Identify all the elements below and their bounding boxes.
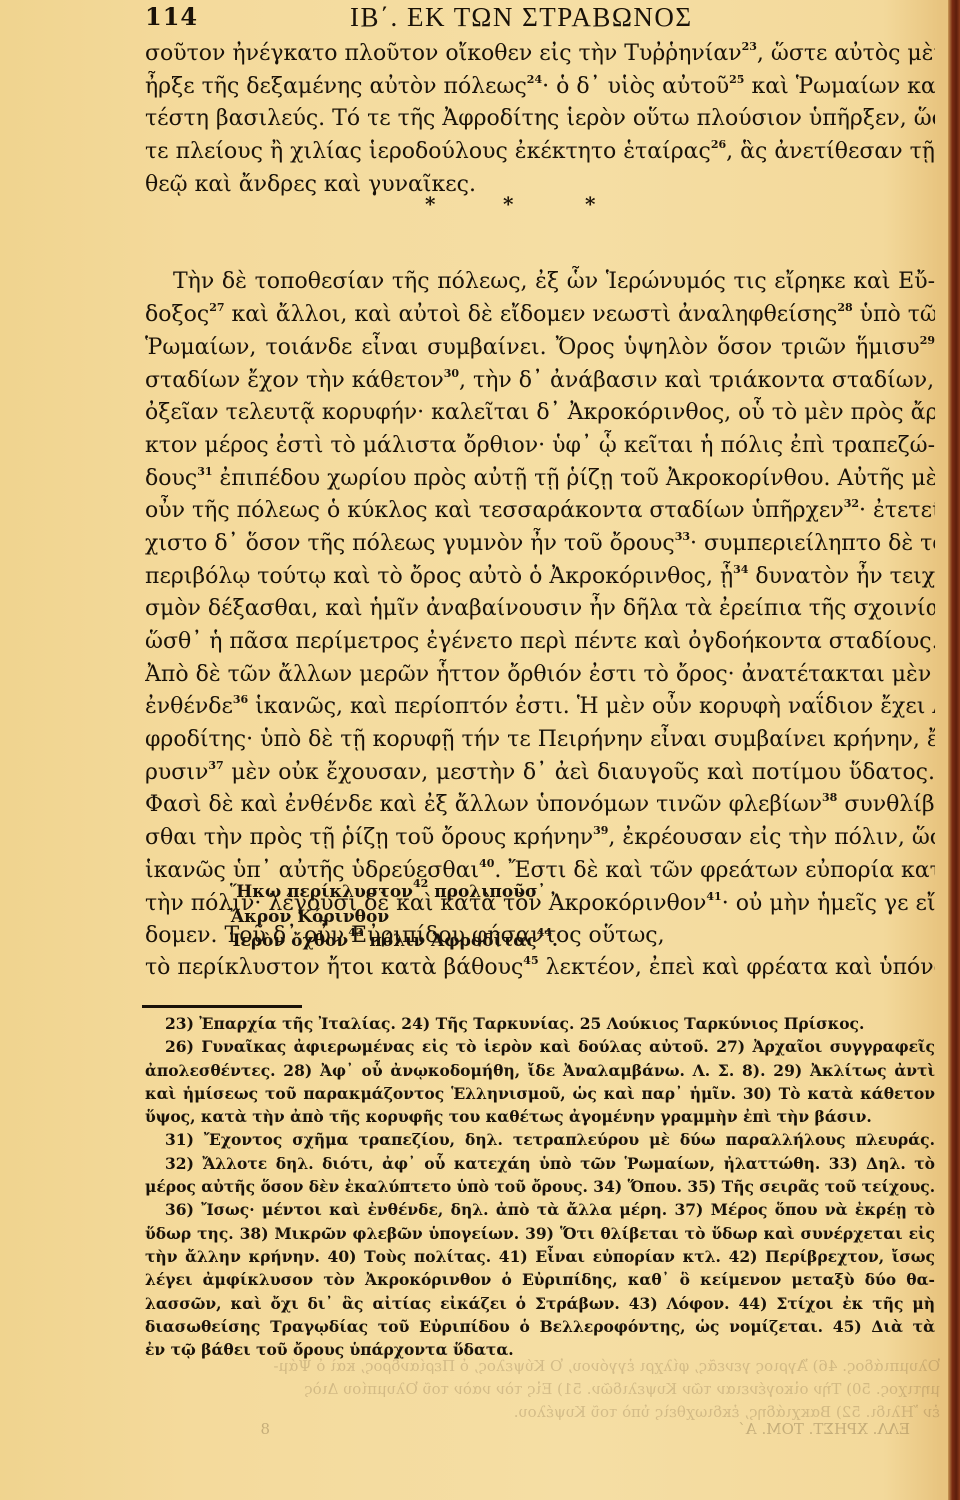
- text-span: λασσῶν, καὶ ὄχι δι᾽ ἃς αἰτίας εἰκάζει ὁ …: [145, 1294, 935, 1313]
- footnote-ref: 31: [197, 465, 212, 478]
- signature-mark: 8: [260, 1420, 270, 1438]
- text-span: σμὸν δέξασθαι, καὶ ἡμῖν ἀναβαίνουσιν ἦν …: [145, 596, 935, 621]
- text-line: θεῷ καὶ ἄνδρες καὶ γυναῖκες.: [145, 169, 935, 202]
- text-line: ὀξεῖαν τελευτᾷ κορυφήν· καλεῖται δ᾽ Ἀκρο…: [145, 397, 935, 430]
- text-span: καὶ ἄλλοι, καὶ αὐτοὶ δὲ εἴδομεν νεωστὶ ἀ…: [225, 302, 838, 327]
- text-line: περιβόλῳ τούτῳ καὶ τὸ ὄρος αὐτὸ ὁ Ἀκροκό…: [145, 561, 935, 594]
- book-spine-edge: [948, 0, 960, 1500]
- text-span: ὑπὸ τῶν: [853, 302, 935, 327]
- bleed-through-text: Ὀλυμπιάδος. 46) Ἄγριος γενεᾶς, φίλχρι ἐγ…: [150, 1355, 940, 1424]
- text-line: δους31 ἐπιπέδου χωρίου πρὸς αὐτῇ τῇ ῥίζῃ…: [145, 463, 935, 496]
- footnote-ref: 39: [593, 824, 608, 837]
- text-span: Φασὶ δὲ καὶ ἐνθένδε καὶ ἐξ ἄλλων ὑπονόμω…: [145, 792, 822, 817]
- bleed-line: μητιχος. 50) Τὴν οἰκογένειαν τῶν Κυψελιδ…: [150, 1378, 940, 1401]
- main-text: σοῦτον ἠνέγκατο πλοῦτον οἴκοθεν εἰς τὴν …: [145, 38, 935, 953]
- footnote-ref: 42: [413, 877, 428, 890]
- text-line: οὖν τῆς πόλεως ὁ κύκλος καὶ τεσσαράκοντα…: [145, 495, 935, 528]
- text-span: ὥσθ᾽ ἡ πᾶσα περίμετρος ἐγένετο περὶ πέντ…: [145, 629, 935, 654]
- text-line: 32) Ἄλλοτε δηλ. διότι, ἀφ᾽ οὗ κατεχάη ὑπ…: [145, 1152, 935, 1175]
- text-span: σοῦτον ἠνέγκατο πλοῦτον οἴκοθεν εἰς τὴν …: [145, 41, 742, 66]
- text-span: καὶ Ῥωμαίων κα-: [744, 74, 935, 99]
- text-line: φροδίτης· ὑπὸ δὲ τῇ κορυφῇ τήν τε Πειρήν…: [145, 724, 935, 757]
- text-span: τέστη βασιλεύς. Τό τε τῆς Ἀφροδίτης ἱερὸ…: [145, 106, 935, 131]
- footnote-ref: 28: [837, 301, 852, 314]
- separator-space: [145, 201, 935, 266]
- footnote-ref: 34: [733, 563, 748, 576]
- text-line: Ἄκρον Κόρινθον: [230, 905, 558, 930]
- text-span: .: [552, 931, 558, 951]
- text-line: σταδίων ἔχον τὴν κάθετον30, τὴν δ᾽ ἀνάβα…: [145, 365, 935, 398]
- text-span: , ἐκρέουσαν εἰς τὴν πόλιν, ὥσθ᾽: [608, 825, 935, 850]
- text-line: 31) Ἔχοντος σχῆμα τραπεζίου, δηλ. τετραπ…: [145, 1128, 935, 1151]
- text-span: . Ἔστι δὲ καὶ τῶν φρεάτων εὐπορία κατὰ: [494, 858, 935, 883]
- text-line: 36) Ἴσως· μέντοι καὶ ἐνθένδε, δηλ. ἀπὸ τ…: [145, 1198, 935, 1221]
- text-span: τὸ περίκλυστον ἤτοι κατὰ βάθους: [145, 955, 523, 980]
- text-span: τὴν ἄλλην κρήνην. 40) Τοὺς πολίτας. 41) …: [145, 1247, 935, 1266]
- footnote-ref: 37: [208, 759, 223, 772]
- text-line: δοξος27 καὶ ἄλλοι, καὶ αὐτοὶ δὲ εἴδομεν …: [145, 299, 935, 332]
- text-span: , τὴν δ᾽ ἀνάβασιν καὶ τριάκοντα σταδίων,…: [459, 368, 935, 393]
- text-line: κτον μέρος ἐστὶ τὸ μάλιστα ὄρθιον· ὑφ᾽ ᾧ…: [145, 430, 935, 463]
- text-span: φροδίτης· ὑπὸ δὲ τῇ κορυφῇ τήν τε Πειρήν…: [145, 727, 935, 752]
- text-span: 23) Ἐπαρχία τῆς Ἰταλίας. 24) Τῆς Ταρκυνί…: [165, 1014, 864, 1033]
- text-line: χιστο δ᾽ ὅσον τῆς πόλεως γυμνὸν ἦν τοῦ ὄ…: [145, 528, 935, 561]
- text-span: μέρος αὐτῆς ὅσον δὲν ἐκαλύπτετο ὑπὸ τοῦ …: [145, 1177, 935, 1196]
- text-line: ὥσθ᾽ ἡ πᾶσα περίμετρος ἐγένετο περὶ πέντ…: [145, 626, 935, 659]
- text-span: ἀπολεσθέντες. 28) Ἀφ᾽ οὗ ἀνῳκοδομήθη, ἴδ…: [145, 1061, 935, 1080]
- footnote-ref: 45: [523, 954, 538, 967]
- text-line: σμὸν δέξασθαι, καὶ ἡμῖν ἀναβαίνουσιν ἦν …: [145, 593, 935, 626]
- text-line: τέστη βασιλεύς. Τό τε τῆς Ἀφροδίτης ἱερὸ…: [145, 103, 935, 136]
- text-line: σοῦτον ἠνέγκατο πλοῦτον οἴκοθεν εἰς τὴν …: [145, 38, 935, 71]
- text-line: λασσῶν, καὶ ὄχι δι᾽ ἃς αἰτίας εἰκάζει ὁ …: [145, 1292, 935, 1315]
- text-line: τε πλείους ἢ χιλίας ἱεροδούλους ἐκέκτητο…: [145, 136, 935, 169]
- footnote-ref: 38: [822, 791, 837, 804]
- text-span: λέγει ἀμφίκλυσον τὸν Ἀκροκόρινθον ὁ Εὐρι…: [145, 1270, 935, 1289]
- bleed-line: Ὀλυμπιάδος. 46) Ἄγριος γενεᾶς, φίλχρι ἐγ…: [150, 1355, 940, 1378]
- text-span: · οὐ μὴν ἡμεῖς γε εἴ-: [722, 891, 935, 916]
- footnote-ref: 26: [711, 138, 726, 151]
- text-line: Ἥκω περίκλυστον42 προλιποῦσ᾽: [230, 880, 558, 905]
- text-line: σθαι τὴν πρὸς τῇ ῥίζῃ τοῦ ὄρους κρήνην39…: [145, 822, 935, 855]
- text-span: δοξος: [145, 302, 209, 327]
- footnote-ref: 23: [742, 40, 757, 53]
- paragraph-1: σοῦτον ἠνέγκατο πλοῦτον οἴκοθεν εἰς τὴν …: [145, 38, 935, 201]
- text-line: Τὴν δὲ τοποθεσίαν τῆς πόλεως, ἐξ ὧν Ἱερώ…: [145, 266, 935, 299]
- footnote-ref: 40: [479, 857, 494, 870]
- text-span: ὕψος, κατὰ τὴν ἀπὸ τῆς κορυφῆς του καθέτ…: [145, 1107, 872, 1126]
- text-line: καὶ ἡμίσεως τοῦ παρακμάζοντος Ἑλληνισμοῦ…: [145, 1082, 935, 1105]
- text-span: ὕδωρ της. 38) Μικρῶν φλεβῶν ὑπογείων. 39…: [145, 1224, 935, 1243]
- text-line: λέγει ἀμφίκλυσον τὸν Ἀκροκόρινθον ὁ Εὐρι…: [145, 1268, 935, 1291]
- text-span: ρυσιν: [145, 760, 208, 785]
- text-span: μὲν οὐκ ἔχουσαν, μεστὴν δ᾽ ἀεὶ διαυγοῦς …: [224, 760, 935, 785]
- text-span: 26) Γυναῖκας ἀφιερωμένας εἰς τὸ ἱερὸν κα…: [165, 1037, 935, 1056]
- text-line: διασωθείσης Τραγῳδίας τοῦ Εὐριπίδου ὁ Βε…: [145, 1315, 935, 1338]
- asterisk: *: [425, 192, 435, 216]
- text-line: 26) Γυναῖκας ἀφιερωμένας εἰς τὸ ἱερὸν κα…: [145, 1035, 935, 1058]
- text-span: προλιποῦσ᾽: [428, 882, 546, 902]
- asterisk: *: [585, 192, 595, 216]
- text-line: ρυσιν37 μὲν οὐκ ἔχουσαν, μεστὴν δ᾽ ἀεὶ δ…: [145, 757, 935, 790]
- text-line: Ἱερὸν ὄχθον43 πόλιν Ἀφροδίτας44.: [230, 929, 558, 954]
- text-span: 31) Ἔχοντος σχῆμα τραπεζίου, δηλ. τετραπ…: [165, 1130, 935, 1149]
- text-line: Φασὶ δὲ καὶ ἐνθένδε καὶ ἐξ ἄλλων ὑπονόμω…: [145, 789, 935, 822]
- text-line: τὸ περίκλυστον ἤτοι κατὰ βάθους45 λεκτέο…: [145, 952, 935, 985]
- text-span: · ὁ δ᾽ υἱὸς αὐτοῦ: [542, 74, 729, 99]
- footnote-ref: 27: [209, 301, 224, 314]
- text-span: σταδίων ἔχον τὴν κάθετον: [145, 368, 444, 393]
- text-span: χιστο δ᾽ ὅσον τῆς πόλεως γυμνὸν ἦν τοῦ ὄ…: [145, 531, 675, 556]
- text-span: · ἐτετεί-: [859, 498, 935, 523]
- text-span: ὀξεῖαν τελευτᾷ κορυφήν· καλεῖται δ᾽ Ἀκρο…: [145, 400, 935, 425]
- text-span: δους: [145, 466, 197, 491]
- text-span: συνθλίβε-: [837, 792, 935, 817]
- text-span: οὖν τῆς πόλεως ὁ κύκλος καὶ τεσσαράκοντα…: [145, 498, 844, 523]
- footnote-ref: 32: [844, 497, 859, 510]
- text-line: ἐνθένδε36 ἱκανῶς, καὶ περίοπτόν ἐστι. Ἡ …: [145, 691, 935, 724]
- text-span: · συμπεριείληπτο δὲ τῷ: [690, 531, 935, 556]
- signature-text: ΕΛΛ. ΧΡΗΣΤ. ΤΟΜ. Α΄: [738, 1420, 910, 1438]
- text-span: ἱκανῶς, καὶ περίοπτόν ἐστι. Ἡ μὲν οὖν κο…: [248, 694, 935, 719]
- text-span: τε πλείους ἢ χιλίας ἱεροδούλους ἐκέκτητο…: [145, 139, 711, 164]
- footnote-ref: 36: [233, 693, 248, 706]
- text-span: Τὴν δὲ τοποθεσίαν τῆς πόλεως, ἐξ ὧν Ἱερώ…: [173, 269, 935, 294]
- footnote-ref: 24: [527, 73, 542, 86]
- text-span: ἦρξε τῆς δεξαμένης αὐτὸν πόλεως: [145, 74, 527, 99]
- footnote-ref: 30: [444, 367, 459, 380]
- text-span: καὶ ἡμίσεως τοῦ παρακμάζοντος Ἑλληνισμοῦ…: [145, 1084, 935, 1103]
- text-line: μέρος αὐτῆς ὅσον δὲν ἐκαλύπτετο ὑπὸ τοῦ …: [145, 1175, 935, 1198]
- paragraph-2: Τὴν δὲ τοποθεσίαν τῆς πόλεως, ἐξ ὧν Ἱερώ…: [145, 266, 935, 952]
- footnotes: 23) Ἐπαρχία τῆς Ἰταλίας. 24) Τῆς Ταρκυνί…: [145, 1012, 935, 1361]
- footnote-ref: 44: [537, 926, 552, 939]
- text-span: λεκτέον, ἐπεὶ καὶ φρέατα καὶ ὑπόνο-: [539, 955, 935, 980]
- verse-quotation: Ἥκω περίκλυστον42 προλιποῦσ᾽Ἄκρον Κόρινθ…: [230, 880, 558, 954]
- running-header: 114 ΙΒ΄. ΕΚ ΤΩΝ ΣΤΡΑΒΩΝΟΣ: [145, 2, 935, 34]
- text-span: περιβόλῳ τούτῳ καὶ τὸ ὄρος αὐτὸ ὁ Ἀκροκό…: [145, 564, 733, 589]
- text-span: Ἀπὸ δὲ τῶν ἄλλων μερῶν ἧττον ὄρθιόν ἐστι…: [145, 662, 935, 687]
- text-span: 36) Ἴσως· μέντοι καὶ ἐνθένδε, δηλ. ἀπὸ τ…: [165, 1200, 935, 1219]
- footnote-ref: 25: [729, 73, 744, 86]
- text-line: τὴν ἄλλην κρήνην. 40) Τοὺς πολίτας. 41) …: [145, 1245, 935, 1268]
- page-number: 114: [145, 2, 198, 31]
- text-span: Ἄκρον Κόρινθον: [230, 907, 389, 927]
- text-span: Ῥωμαίων, τοιάνδε εἶναι συμβαίνει. Ὄρος ὑ…: [145, 335, 920, 360]
- text-line: ἦρξε τῆς δεξαμένης αὐτὸν πόλεως24· ὁ δ᾽ …: [145, 71, 935, 104]
- paragraph-continuation: τὸ περίκλυστον ἤτοι κατὰ βάθους45 λεκτέο…: [145, 952, 935, 985]
- text-span: Ἥκω περίκλυστον: [230, 882, 413, 902]
- footnote-ref: 43: [348, 926, 363, 939]
- text-line: ὕδωρ της. 38) Μικρῶν φλεβῶν ὑπογείων. 39…: [145, 1222, 935, 1245]
- text-line: 23) Ἐπαρχία τῆς Ἰταλίας. 24) Τῆς Ταρκυνί…: [145, 1012, 935, 1035]
- text-span: , ὥστε αὐτὸς μὲν: [757, 41, 935, 66]
- text-span: σθαι τὴν πρὸς τῇ ῥίζῃ τοῦ ὄρους κρήνην: [145, 825, 593, 850]
- footnote-ref: 41: [706, 890, 721, 903]
- text-span: δυνατὸν ἦν τειχι-: [748, 564, 935, 589]
- text-span: ἐνθένδε: [145, 694, 233, 719]
- text-line: ὕψος, κατὰ τὴν ἀπὸ τῆς κορυφῆς του καθέτ…: [145, 1105, 935, 1128]
- text-span: κτον μέρος ἐστὶ τὸ μάλιστα ὄρθιον· ὑφ᾽ ᾧ…: [145, 433, 935, 458]
- asterisk: *: [503, 192, 513, 216]
- text-line: Ῥωμαίων, τοιάνδε εἶναι συμβαίνει. Ὄρος ὑ…: [145, 332, 935, 365]
- text-span: ἐπιπέδου χωρίου πρὸς αὐτῇ τῇ ῥίζῃ τοῦ Ἀκ…: [213, 466, 936, 491]
- footnote-ref: 33: [675, 530, 690, 543]
- text-line: Ἀπὸ δὲ τῶν ἄλλων μερῶν ἧττον ὄρθιόν ἐστι…: [145, 659, 935, 692]
- text-span: πόλιν Ἀφροδίτας: [364, 931, 537, 951]
- footnote-ref: 29: [920, 334, 935, 347]
- text-span: διασωθείσης Τραγῳδίας τοῦ Εὐριπίδου ὁ Βε…: [145, 1317, 935, 1336]
- text-span: 32) Ἄλλοτε δηλ. διότι, ἀφ᾽ οὗ κατεχάη ὑπ…: [165, 1154, 935, 1173]
- text-span: , ἃς ἀνετίθεσαν τῇ: [726, 139, 935, 164]
- text-line: ἀπολεσθέντες. 28) Ἀφ᾽ οὗ ἀνῳκοδομήθη, ἴδ…: [145, 1059, 935, 1082]
- text-span: Ἱερὸν ὄχθον: [230, 931, 348, 951]
- footnote-rule: [142, 1005, 302, 1008]
- running-title: ΙΒ΄. ΕΚ ΤΩΝ ΣΤΡΑΒΩΝΟΣ: [350, 2, 693, 33]
